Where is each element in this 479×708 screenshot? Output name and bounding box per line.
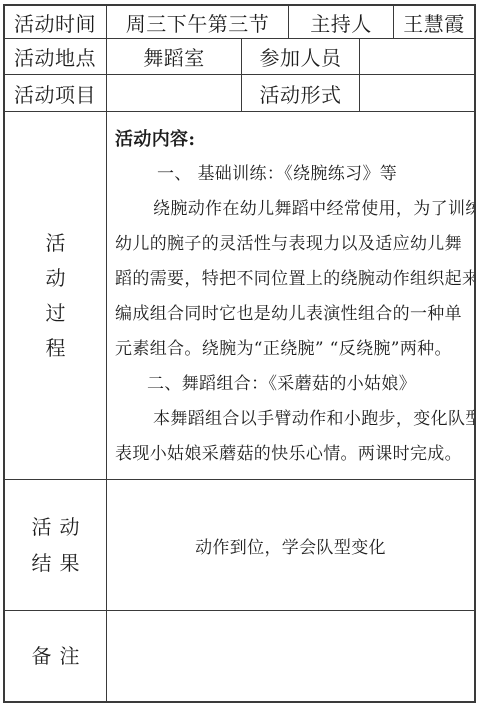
activity-place-value: 舞蹈室 <box>106 39 241 74</box>
activity-record-form: 活动时间 周三下午第三节 主持人 王慧霞 活动地点 舞蹈室 参加人员 活动项目 … <box>0 0 479 708</box>
process-label-char: 动 <box>46 268 66 289</box>
activity-time-label: 活动时间 <box>5 6 106 38</box>
activity-result-value: 动作到位，学会队型变化 <box>106 480 474 610</box>
row-note: 备注 <box>5 610 474 701</box>
result-label-line: 结果 <box>24 545 88 581</box>
activity-content-heading: 活动内容: <box>115 122 470 157</box>
content-line: 表现小姑娘采蘑菇的快乐心情。两课时完成。 <box>115 437 470 472</box>
row-activity-place: 活动地点 舞蹈室 参加人员 <box>5 38 474 74</box>
activity-project-label: 活动项目 <box>5 75 106 111</box>
activity-process-label: 活 动 过 程 <box>5 112 106 479</box>
note-label: 备注 <box>5 611 106 701</box>
note-value <box>106 611 474 701</box>
note-label-text: 备注 <box>24 638 88 674</box>
activity-format-label: 活动形式 <box>241 75 359 111</box>
content-line: 元素组合。绕腕为“正绕腕” “反绕腕”两种。 <box>115 332 470 367</box>
participants-value <box>359 39 474 74</box>
host-value: 王慧霞 <box>393 6 474 38</box>
content-line: 蹈的需要，特把不同位置上的绕腕动作组织起来 <box>115 262 470 297</box>
activity-place-label: 活动地点 <box>5 39 106 74</box>
content-line: 绕腕动作在幼儿舞蹈中经常使用，为了训练 <box>115 192 470 227</box>
activity-result-label: 活动 结果 <box>5 480 106 610</box>
row-activity-time: 活动时间 周三下午第三节 主持人 王慧霞 <box>5 6 474 38</box>
content-line: 一、 基础训练：《绕腕练习》等 <box>115 157 470 192</box>
content-line: 二、舞蹈组合：《采蘑菇的小姑娘》 <box>115 367 470 402</box>
form-table: 活动时间 周三下午第三节 主持人 王慧霞 活动地点 舞蹈室 参加人员 活动项目 … <box>3 4 476 703</box>
result-label-line: 活动 <box>24 509 88 545</box>
activity-time-value: 周三下午第三节 <box>106 6 288 38</box>
activity-format-value <box>359 75 474 111</box>
activity-project-value <box>106 75 241 111</box>
process-label-char: 过 <box>46 303 66 324</box>
activity-content: 活动内容: 一、 基础训练：《绕腕练习》等 绕腕动作在幼儿舞蹈中经常使用，为了训… <box>106 112 474 479</box>
content-line: 本舞蹈组合以手臂动作和小跑步，变化队型 <box>115 402 470 437</box>
process-label-char: 活 <box>46 233 66 254</box>
row-activity-process: 活 动 过 程 活动内容: 一、 基础训练：《绕腕练习》等 绕腕动作在幼儿舞蹈中… <box>5 111 474 479</box>
process-label-char: 程 <box>46 338 66 359</box>
content-line: 编成组合同时它也是幼儿表演性组合的一种单 <box>115 297 470 332</box>
content-line: 幼儿的腕子的灵活性与表现力以及适应幼儿舞 <box>115 227 470 262</box>
row-activity-result: 活动 结果 动作到位，学会队型变化 <box>5 479 474 610</box>
host-label: 主持人 <box>288 6 393 38</box>
participants-label: 参加人员 <box>241 39 359 74</box>
row-activity-project: 活动项目 活动形式 <box>5 74 474 111</box>
